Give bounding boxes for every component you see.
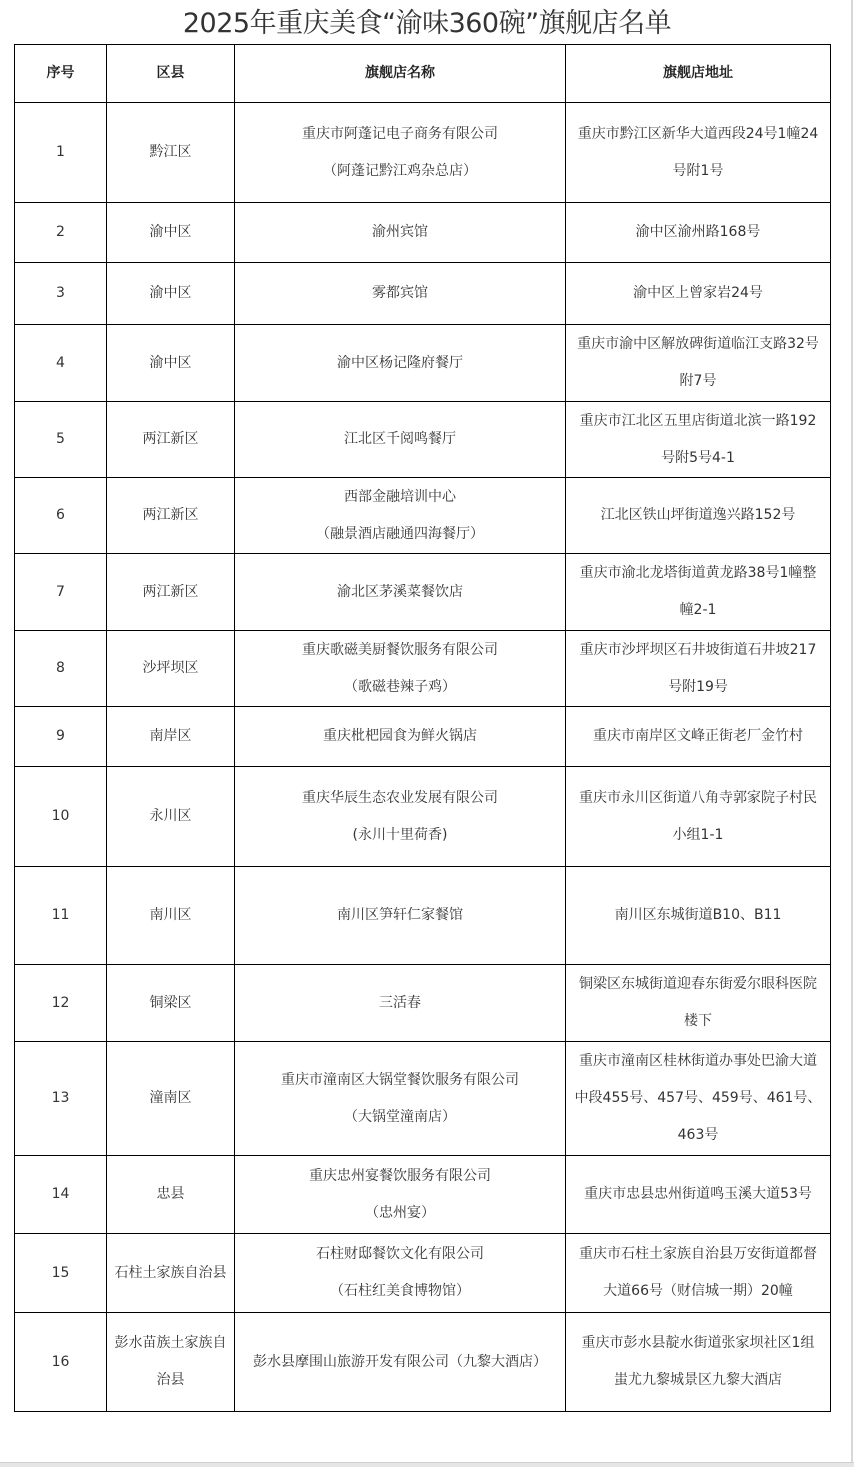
cell-index: 14 xyxy=(15,1156,107,1234)
header-district: 区县 xyxy=(107,45,235,103)
table-row: 5两江新区江北区千阅鸣餐厅重庆市江北区五里店街道北滨一路192号附5号4-1 xyxy=(15,402,831,478)
cell-index: 6 xyxy=(15,478,107,554)
cell-store-name-line: 渝中区杨记隆府餐厅 xyxy=(239,345,561,382)
cell-district-line: 南岸区 xyxy=(111,718,230,755)
cell-store-address-line: 重庆市黔江区新华大道西段24号1幢24 xyxy=(570,116,826,153)
cell-index: 11 xyxy=(15,867,107,965)
cell-store-address-line: 重庆市潼南区桂林街道办事处巴渝大道 xyxy=(570,1043,826,1080)
cell-store-name-line: 西部金融培训中心 xyxy=(239,479,561,516)
cell-store-address: 铜梁区东城街道迎春东街爱尔眼科医院楼下 xyxy=(566,965,831,1042)
cell-store-address-line: 铜梁区东城街道迎春东街爱尔眼科医院 xyxy=(570,966,826,1003)
cell-district: 潼南区 xyxy=(107,1042,235,1156)
cell-store-address-line: 幢2-1 xyxy=(570,592,826,629)
cell-store-address-line: 重庆市渝北龙塔街道黄龙路38号1幢整 xyxy=(570,555,826,592)
cell-district-line: 南川区 xyxy=(111,897,230,934)
cell-district: 南川区 xyxy=(107,867,235,965)
cell-store-name-line: （歌磁巷辣子鸡） xyxy=(239,669,561,706)
table-row: 14忠县重庆忠州宴餐饮服务有限公司（忠州宴）重庆市忠县忠州街道鸣玉溪大道53号 xyxy=(15,1156,831,1234)
cell-store-name: 渝中区杨记隆府餐厅 xyxy=(235,325,566,402)
cell-district-line: 两江新区 xyxy=(111,421,230,458)
window-edge xyxy=(0,1462,854,1467)
cell-store-name-line: 重庆华辰生态农业发展有限公司 xyxy=(239,780,561,817)
cell-store-address: 江北区铁山坪街道逸兴路152号 xyxy=(566,478,831,554)
table-row: 3渝中区雾都宾馆渝中区上曾家岩24号 xyxy=(15,263,831,325)
cell-store-address-line: 渝中区上曾家岩24号 xyxy=(570,275,826,312)
cell-index: 8 xyxy=(15,631,107,707)
cell-store-name-line: 江北区千阅鸣餐厅 xyxy=(239,421,561,458)
cell-store-address-line: 渝中区渝州路168号 xyxy=(570,214,826,251)
cell-store-name: 重庆华辰生态农业发展有限公司(永川十里荷香) xyxy=(235,767,566,867)
cell-index: 13 xyxy=(15,1042,107,1156)
header-store-address: 旗舰店地址 xyxy=(566,45,831,103)
cell-store-address-line: 重庆市江北区五里店街道北滨一路192 xyxy=(570,403,826,440)
cell-district: 两江新区 xyxy=(107,402,235,478)
cell-district-line: 潼南区 xyxy=(111,1080,230,1117)
cell-store-name-line: （大锅堂潼南店） xyxy=(239,1099,561,1136)
cell-store-name: 重庆市阿蓬记电子商务有限公司（阿蓬记黔江鸡杂总店） xyxy=(235,103,566,203)
cell-district-line: 两江新区 xyxy=(111,574,230,611)
cell-store-address-line: 蚩尤九黎城景区九黎大酒店 xyxy=(570,1362,826,1399)
cell-district-line: 黔江区 xyxy=(111,134,230,171)
cell-district: 渝中区 xyxy=(107,263,235,325)
cell-store-address-line: 重庆市南岸区文峰正街老厂金竹村 xyxy=(570,718,826,755)
cell-store-address-line: 号附5号4-1 xyxy=(570,440,826,477)
cell-district: 两江新区 xyxy=(107,554,235,631)
table-header-row: 序号 区县 旗舰店名称 旗舰店地址 xyxy=(15,45,831,103)
cell-store-name-line: 重庆忠州宴餐饮服务有限公司 xyxy=(239,1158,561,1195)
cell-store-name-line: 重庆市潼南区大锅堂餐饮服务有限公司 xyxy=(239,1062,561,1099)
cell-store-address-line: 江北区铁山坪街道逸兴路152号 xyxy=(570,497,826,534)
cell-district: 彭水苗族土家族自治县 xyxy=(107,1313,235,1412)
cell-district: 石柱土家族自治县 xyxy=(107,1234,235,1313)
cell-index: 10 xyxy=(15,767,107,867)
cell-district-line: 永川区 xyxy=(111,798,230,835)
cell-district-line: 忠县 xyxy=(111,1176,230,1213)
cell-store-address: 重庆市石柱土家族自治县万安街道都督大道66号（财信城一期）20幢 xyxy=(566,1234,831,1313)
cell-store-address-line: 小组1-1 xyxy=(570,817,826,854)
cell-store-address-line: 重庆市彭水县靛水街道张家坝社区1组 xyxy=(570,1325,826,1362)
cell-store-name-line: 雾都宾馆 xyxy=(239,275,561,312)
cell-district-line: 沙坪坝区 xyxy=(111,650,230,687)
cell-index: 12 xyxy=(15,965,107,1042)
flagship-store-table: 序号 区县 旗舰店名称 旗舰店地址 1黔江区重庆市阿蓬记电子商务有限公司（阿蓬记… xyxy=(14,44,831,1412)
cell-district: 渝中区 xyxy=(107,203,235,263)
cell-district-line: 治县 xyxy=(111,1362,230,1399)
page-title: 2025年重庆美食“渝味360碗”旗舰店名单 xyxy=(0,4,854,44)
cell-store-address: 南川区东城街道B10、B11 xyxy=(566,867,831,965)
table-row: 4渝中区渝中区杨记隆府餐厅重庆市渝中区解放碑街道临江支路32号附7号 xyxy=(15,325,831,402)
cell-district: 忠县 xyxy=(107,1156,235,1234)
cell-district-line: 石柱土家族自治县 xyxy=(111,1255,230,1292)
cell-index: 1 xyxy=(15,103,107,203)
cell-store-name: 渝北区茅溪菜餐饮店 xyxy=(235,554,566,631)
table-row: 15石柱土家族自治县石柱财邸餐饮文化有限公司（石柱红美食博物馆）重庆市石柱土家族… xyxy=(15,1234,831,1313)
cell-store-address: 重庆市忠县忠州街道鸣玉溪大道53号 xyxy=(566,1156,831,1234)
cell-district: 铜梁区 xyxy=(107,965,235,1042)
cell-store-address: 渝中区上曾家岩24号 xyxy=(566,263,831,325)
cell-index: 5 xyxy=(15,402,107,478)
cell-district-line: 铜梁区 xyxy=(111,985,230,1022)
cell-store-address-line: 重庆市忠县忠州街道鸣玉溪大道53号 xyxy=(570,1176,826,1213)
cell-store-address-line: 463号 xyxy=(570,1117,826,1154)
cell-store-name-line: (永川十里荷香) xyxy=(239,817,561,854)
cell-store-name: 江北区千阅鸣餐厅 xyxy=(235,402,566,478)
cell-store-name: 重庆枇杷园食为鲜火锅店 xyxy=(235,707,566,767)
cell-district: 两江新区 xyxy=(107,478,235,554)
cell-store-name: 西部金融培训中心（融景酒店融通四海餐厅） xyxy=(235,478,566,554)
cell-store-address-line: 附7号 xyxy=(570,363,826,400)
table-row: 12铜梁区三活春铜梁区东城街道迎春东街爱尔眼科医院楼下 xyxy=(15,965,831,1042)
cell-store-name: 南川区笋轩仁家餐馆 xyxy=(235,867,566,965)
table-row: 6两江新区西部金融培训中心（融景酒店融通四海餐厅）江北区铁山坪街道逸兴路152号 xyxy=(15,478,831,554)
cell-store-address: 重庆市潼南区桂林街道办事处巴渝大道中段455号、457号、459号、461号、4… xyxy=(566,1042,831,1156)
cell-district-line: 两江新区 xyxy=(111,497,230,534)
cell-store-address-line: 号附19号 xyxy=(570,669,826,706)
cell-district-line: 渝中区 xyxy=(111,275,230,312)
cell-store-address: 重庆市南岸区文峰正街老厂金竹村 xyxy=(566,707,831,767)
cell-store-address: 重庆市黔江区新华大道西段24号1幢24号附1号 xyxy=(566,103,831,203)
cell-store-address-line: 重庆市石柱土家族自治县万安街道都督 xyxy=(570,1236,826,1273)
cell-district-line: 彭水苗族土家族自 xyxy=(111,1325,230,1362)
table-row: 1黔江区重庆市阿蓬记电子商务有限公司（阿蓬记黔江鸡杂总店）重庆市黔江区新华大道西… xyxy=(15,103,831,203)
cell-store-address-line: 中段455号、457号、459号、461号、 xyxy=(570,1080,826,1117)
cell-store-name-line: 彭水县摩围山旅游开发有限公司（九黎大酒店） xyxy=(239,1344,561,1381)
cell-store-address-line: 大道66号（财信城一期）20幢 xyxy=(570,1273,826,1310)
cell-store-address-line: 楼下 xyxy=(570,1003,826,1040)
table-row: 10永川区重庆华辰生态农业发展有限公司(永川十里荷香)重庆市永川区街道八角寺郭家… xyxy=(15,767,831,867)
cell-index: 15 xyxy=(15,1234,107,1313)
cell-store-name-line: （石柱红美食博物馆） xyxy=(239,1273,561,1310)
cell-store-name: 重庆忠州宴餐饮服务有限公司（忠州宴） xyxy=(235,1156,566,1234)
table-row: 7两江新区渝北区茅溪菜餐饮店重庆市渝北龙塔街道黄龙路38号1幢整幢2-1 xyxy=(15,554,831,631)
table-row: 13潼南区重庆市潼南区大锅堂餐饮服务有限公司（大锅堂潼南店）重庆市潼南区桂林街道… xyxy=(15,1042,831,1156)
cell-store-name: 雾都宾馆 xyxy=(235,263,566,325)
cell-store-name-line: 重庆市阿蓬记电子商务有限公司 xyxy=(239,116,561,153)
cell-store-name: 渝州宾馆 xyxy=(235,203,566,263)
header-index: 序号 xyxy=(15,45,107,103)
table-row: 9南岸区重庆枇杷园食为鲜火锅店重庆市南岸区文峰正街老厂金竹村 xyxy=(15,707,831,767)
cell-store-name-line: （阿蓬记黔江鸡杂总店） xyxy=(239,153,561,190)
cell-index: 7 xyxy=(15,554,107,631)
cell-store-name-line: （忠州宴） xyxy=(239,1195,561,1232)
table-row: 8沙坪坝区重庆歌磁美厨餐饮服务有限公司（歌磁巷辣子鸡）重庆市沙坪坝区石井坡街道石… xyxy=(15,631,831,707)
cell-store-name-line: （融景酒店融通四海餐厅） xyxy=(239,516,561,553)
cell-store-address: 重庆市江北区五里店街道北滨一路192号附5号4-1 xyxy=(566,402,831,478)
cell-store-address-line: 南川区东城街道B10、B11 xyxy=(570,897,826,934)
cell-store-name-line: 重庆歌磁美厨餐饮服务有限公司 xyxy=(239,632,561,669)
cell-store-name: 彭水县摩围山旅游开发有限公司（九黎大酒店） xyxy=(235,1313,566,1412)
cell-store-name-line: 渝北区茅溪菜餐饮店 xyxy=(239,574,561,611)
table-body: 1黔江区重庆市阿蓬记电子商务有限公司（阿蓬记黔江鸡杂总店）重庆市黔江区新华大道西… xyxy=(15,103,831,1412)
table-row: 11南川区南川区笋轩仁家餐馆南川区东城街道B10、B11 xyxy=(15,867,831,965)
cell-district-line: 渝中区 xyxy=(111,345,230,382)
cell-index: 4 xyxy=(15,325,107,402)
cell-store-name-line: 重庆枇杷园食为鲜火锅店 xyxy=(239,718,561,755)
cell-store-name-line: 南川区笋轩仁家餐馆 xyxy=(239,897,561,934)
cell-store-name-line: 石柱财邸餐饮文化有限公司 xyxy=(239,1236,561,1273)
cell-store-name-line: 三活春 xyxy=(239,985,561,1022)
cell-store-address-line: 重庆市沙坪坝区石井坡街道石井坡217 xyxy=(570,632,826,669)
table-row: 2渝中区渝州宾馆渝中区渝州路168号 xyxy=(15,203,831,263)
cell-store-address-line: 重庆市永川区街道八角寺郭家院子村民 xyxy=(570,780,826,817)
table-row: 16彭水苗族土家族自治县彭水县摩围山旅游开发有限公司（九黎大酒店）重庆市彭水县靛… xyxy=(15,1313,831,1412)
cell-store-address: 重庆市渝中区解放碑街道临江支路32号附7号 xyxy=(566,325,831,402)
cell-store-address: 重庆市渝北龙塔街道黄龙路38号1幢整幢2-1 xyxy=(566,554,831,631)
cell-index: 3 xyxy=(15,263,107,325)
header-store-name: 旗舰店名称 xyxy=(235,45,566,103)
cell-store-name: 石柱财邸餐饮文化有限公司（石柱红美食博物馆） xyxy=(235,1234,566,1313)
cell-district: 永川区 xyxy=(107,767,235,867)
cell-index: 9 xyxy=(15,707,107,767)
cell-district-line: 渝中区 xyxy=(111,214,230,251)
cell-store-address-line: 重庆市渝中区解放碑街道临江支路32号 xyxy=(570,326,826,363)
cell-store-address: 重庆市沙坪坝区石井坡街道石井坡217号附19号 xyxy=(566,631,831,707)
cell-store-name: 重庆歌磁美厨餐饮服务有限公司（歌磁巷辣子鸡） xyxy=(235,631,566,707)
cell-store-name: 重庆市潼南区大锅堂餐饮服务有限公司（大锅堂潼南店） xyxy=(235,1042,566,1156)
cell-district: 黔江区 xyxy=(107,103,235,203)
cell-store-address: 重庆市彭水县靛水街道张家坝社区1组蚩尤九黎城景区九黎大酒店 xyxy=(566,1313,831,1412)
cell-store-name-line: 渝州宾馆 xyxy=(239,214,561,251)
cell-district: 沙坪坝区 xyxy=(107,631,235,707)
cell-store-address: 渝中区渝州路168号 xyxy=(566,203,831,263)
cell-index: 2 xyxy=(15,203,107,263)
cell-district: 南岸区 xyxy=(107,707,235,767)
cell-store-address: 重庆市永川区街道八角寺郭家院子村民小组1-1 xyxy=(566,767,831,867)
cell-store-name: 三活春 xyxy=(235,965,566,1042)
cell-district: 渝中区 xyxy=(107,325,235,402)
window-edge xyxy=(851,0,853,1463)
cell-store-address-line: 号附1号 xyxy=(570,153,826,190)
cell-index: 16 xyxy=(15,1313,107,1412)
